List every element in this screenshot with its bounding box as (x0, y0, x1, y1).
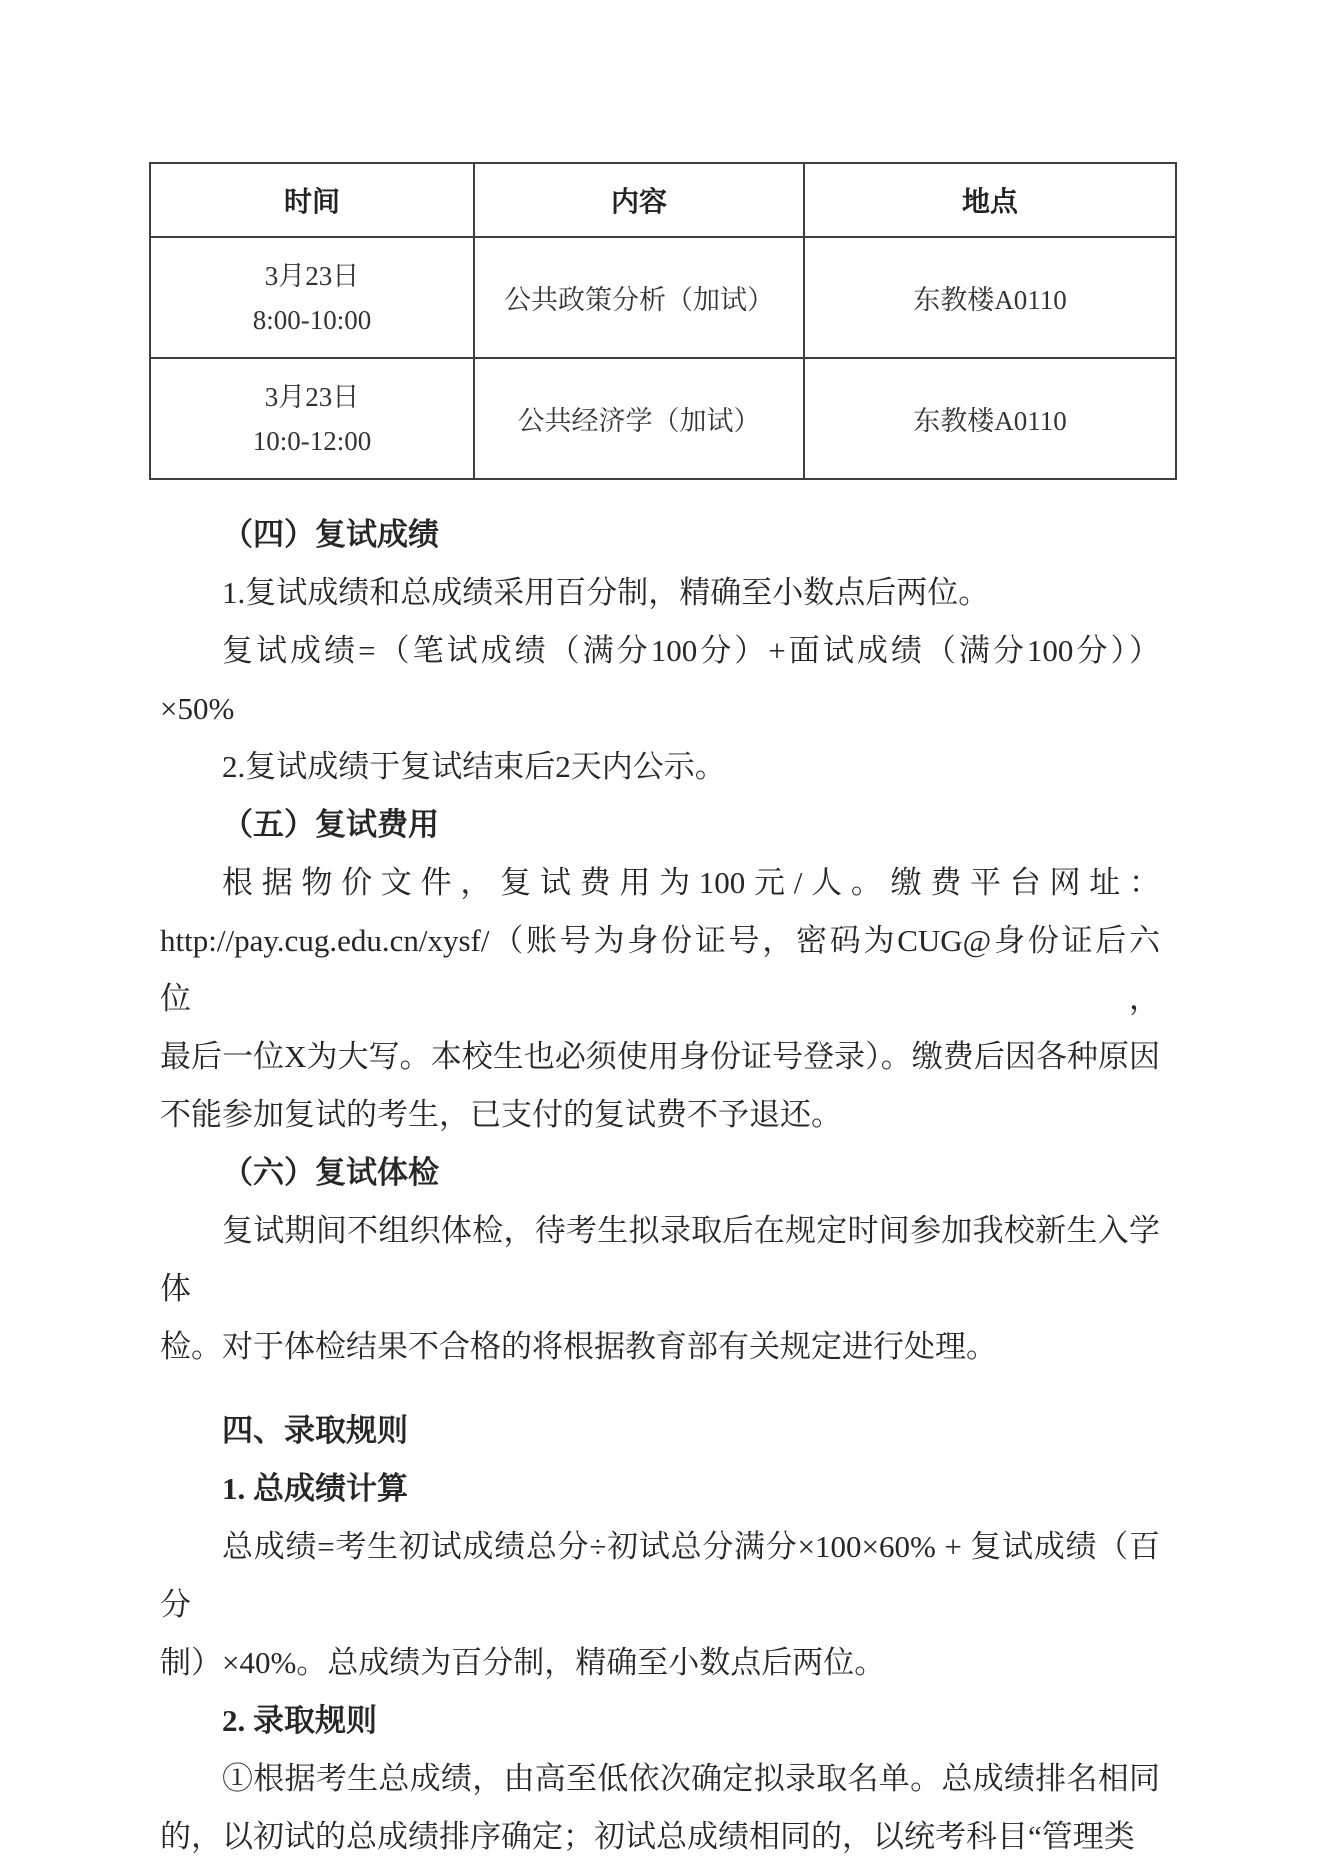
section-heading: （六）复试体检 (160, 1144, 1160, 1202)
paragraph-line: 1.复试成绩和总成绩采用百分制，精确至小数点后两位。 (160, 564, 1160, 622)
table-cell-content: 公共经济学（加试） (474, 358, 804, 479)
table-header-row: 时间 内容 地点 (150, 163, 1176, 237)
table-header-location: 地点 (804, 163, 1176, 237)
section-heading: 四、录取规则 (160, 1402, 1160, 1460)
paragraph-line: 根据物价文件，复试费用为100元/人。缴费平台网址： (160, 854, 1160, 912)
document-page: 时间 内容 地点 3月23日8:00-10:00公共政策分析（加试）东教楼A01… (0, 0, 1322, 1871)
paragraph-line: 复试成绩=（笔试成绩（满分100分）+面试成绩（满分100分）） (160, 622, 1160, 680)
paragraph-line: 最后一位X为大写。本校生也必须使用身份证号登录）。缴费后因各种原因 (160, 1028, 1160, 1086)
table-row: 3月23日10:0-12:00公共经济学（加试）东教楼A0110 (150, 358, 1176, 479)
table-cell-location: 东教楼A0110 (804, 237, 1176, 358)
paragraph-line: ①根据考生总成绩，由高至低依次确定拟录取名单。总成绩排名相同 (160, 1750, 1160, 1808)
paragraph-line: 的，以初试的总成绩排序确定；初试总成绩相同的，以统考科目“管理类 (160, 1808, 1160, 1866)
table-header-time: 时间 (150, 163, 474, 237)
paragraph-line: 复试期间不组织体检，待考生拟录取后在规定时间参加我校新生入学体 (160, 1202, 1160, 1318)
paragraph-line: http://pay.cug.edu.cn/xysf/（账号为身份证号，密码为C… (160, 912, 1160, 1028)
table-row: 3月23日8:00-10:00公共政策分析（加试）东教楼A0110 (150, 237, 1176, 358)
paragraph-line: 2.复试成绩于复试结束后2天内公示。 (160, 738, 1160, 796)
exam-schedule-table: 时间 内容 地点 3月23日8:00-10:00公共政策分析（加试）东教楼A01… (149, 162, 1177, 480)
table-header-content: 内容 (474, 163, 804, 237)
time-line: 10:0-12:00 (151, 419, 473, 463)
section-heading: 2. 录取规则 (160, 1692, 1160, 1750)
section-heading: 1. 总成绩计算 (160, 1460, 1160, 1518)
document-body: （四）复试成绩1.复试成绩和总成绩采用百分制，精确至小数点后两位。复试成绩=（笔… (160, 506, 1160, 1866)
table-cell-content: 公共政策分析（加试） (474, 237, 804, 358)
paragraph-line: 总成绩=考生初试成绩总分÷初试总分满分×100×60% + 复试成绩（百分 (160, 1518, 1160, 1634)
section-heading: （四）复试成绩 (160, 506, 1160, 564)
paragraph-line: 制）×40%。总成绩为百分制，精确至小数点后两位。 (160, 1634, 1160, 1692)
time-line: 3月23日 (151, 375, 473, 419)
paragraph-line: 不能参加复试的考生，已支付的复试费不予退还。 (160, 1086, 1160, 1144)
table-cell-time: 3月23日8:00-10:00 (150, 237, 474, 358)
table-cell-time: 3月23日10:0-12:00 (150, 358, 474, 479)
time-line: 3月23日 (151, 254, 473, 298)
section-heading: （五）复试费用 (160, 796, 1160, 854)
table-cell-location: 东教楼A0110 (804, 358, 1176, 479)
paragraph-line: 检。对于体检结果不合格的将根据教育部有关规定进行处理。 (160, 1318, 1160, 1376)
paragraph-line: ×50% (160, 680, 1160, 738)
time-line: 8:00-10:00 (151, 298, 473, 342)
